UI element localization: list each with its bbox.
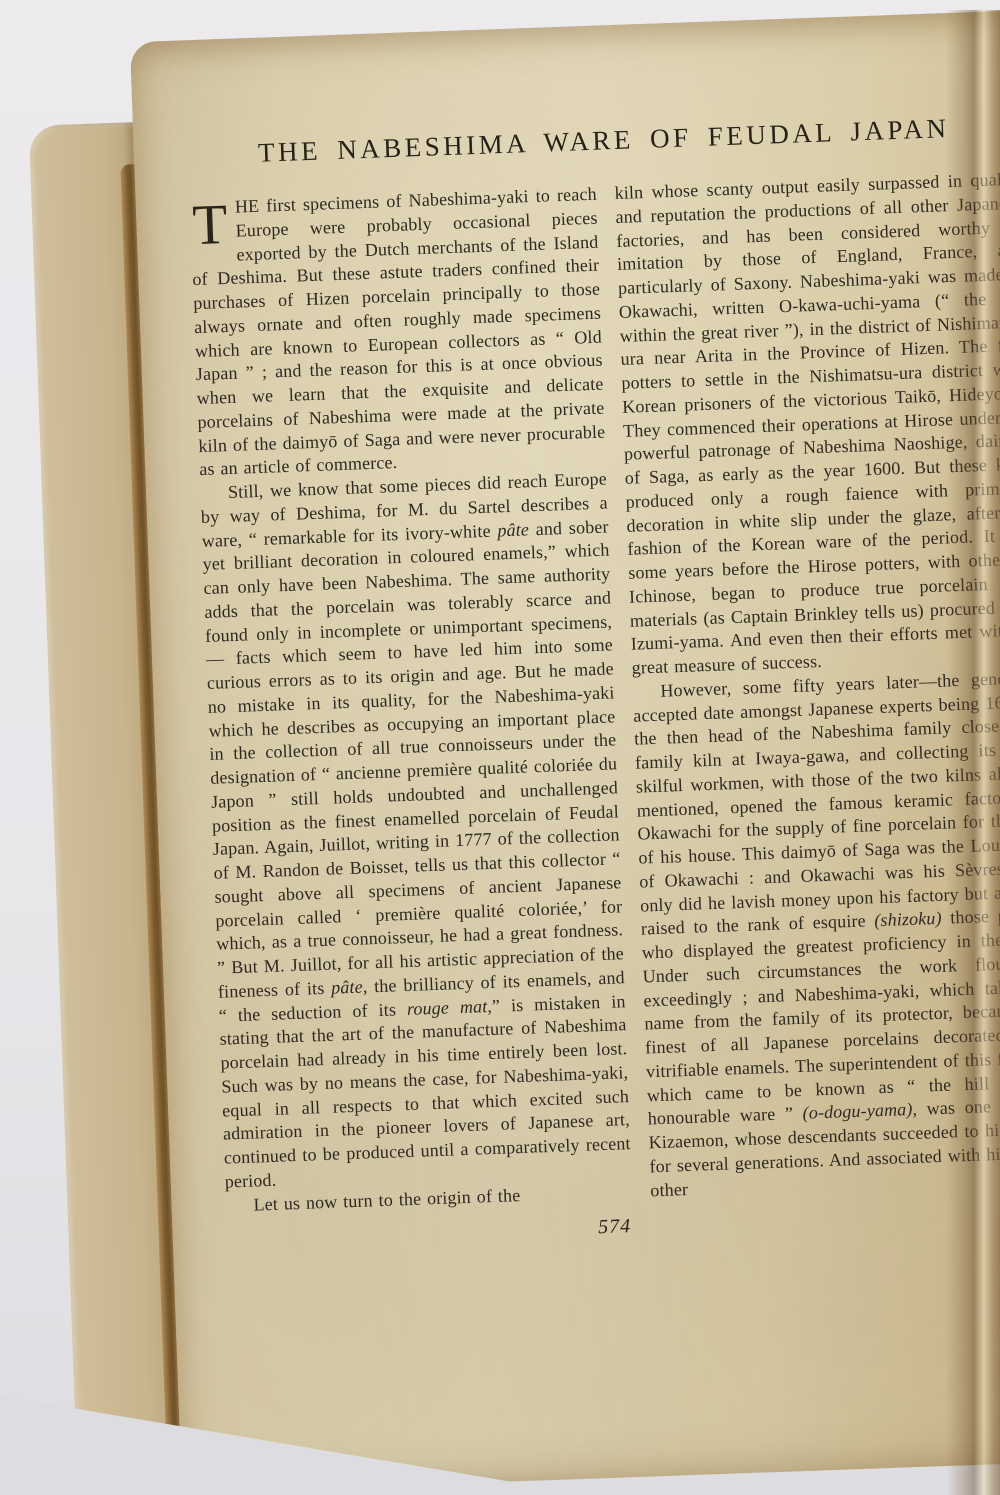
paragraph: Still, we know that some pieces did reac… — [200, 468, 632, 1195]
left-column: THE first specimens of Nabeshima-yaki to… — [190, 183, 633, 1218]
book-page-stack: THE NABESHIMA WARE OF FEUDAL JAPAN THE f… — [26, 8, 1000, 1495]
article-title: THE NABESHIMA WARE OF FEUDAL JAPAN — [187, 111, 1000, 172]
paragraph-text: HE first specimens of Nabeshima-yaki to … — [192, 184, 605, 480]
right-column: kiln whose scanty output easily surpasse… — [614, 167, 1000, 1202]
drop-cap-letter: T — [190, 196, 237, 250]
page-content: THE NABESHIMA WARE OF FEUDAL JAPAN THE f… — [130, 8, 1000, 1493]
two-column-text: THE first specimens of Nabeshima-yaki to… — [190, 167, 1000, 1217]
scanned-book-photo: THE NABESHIMA WARE OF FEUDAL JAPAN THE f… — [0, 0, 1000, 1495]
paragraph-dropcap: THE first specimens of Nabeshima-yaki to… — [190, 183, 607, 482]
paragraph: However, some fifty years later—the gene… — [632, 666, 1000, 1203]
paragraph: kiln whose scanty output easily surpasse… — [614, 167, 1000, 680]
